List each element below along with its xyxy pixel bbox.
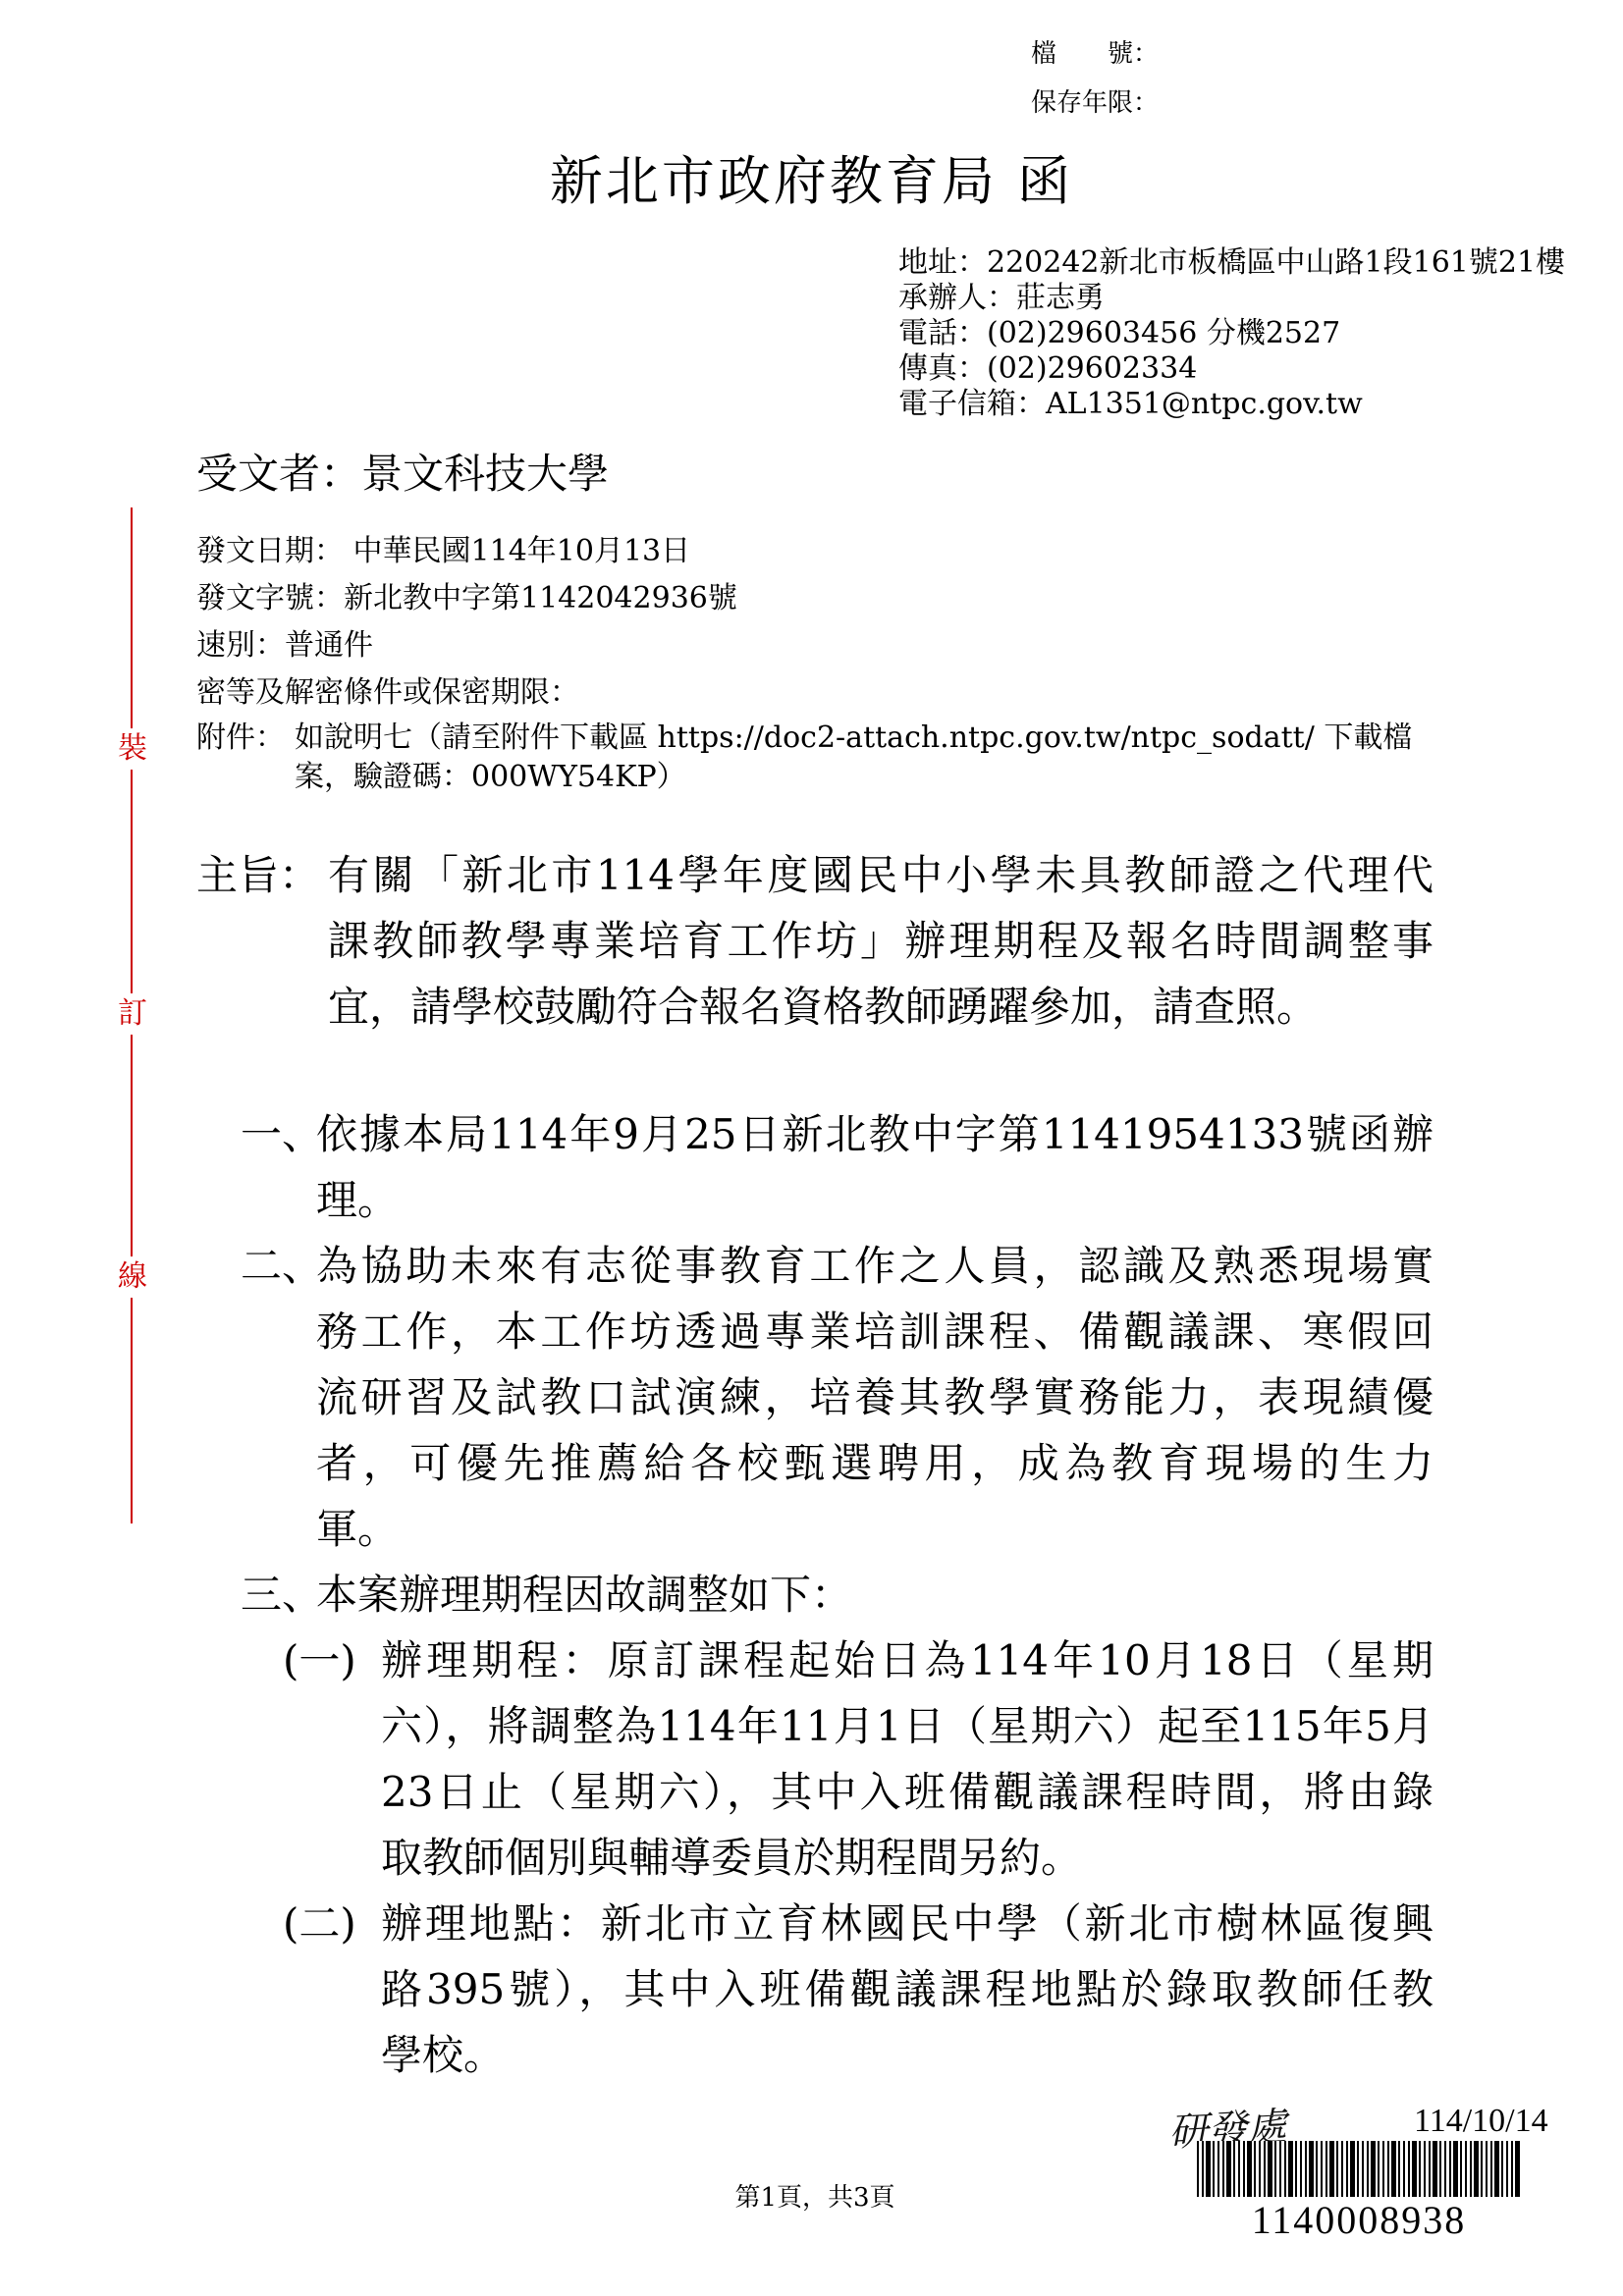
sender-address: 地址：220242新北市板橋區中山路1段161號21樓: [898, 245, 1565, 281]
item-marker: (一): [283, 1628, 356, 1693]
page-footer: 第1頁，共3頁: [628, 2177, 1001, 2214]
item-line: 辦理地點：新北市立育林國民中學（新北市樹林區復興: [381, 1891, 1434, 1956]
doc-number: 發文字號：新北教中字第1142042936號: [196, 575, 737, 622]
attachment-block: 附件： 如說明七（請至附件下載區 https://doc2-attach.ntp…: [196, 719, 1434, 797]
body-item-3: 三、 本案辦理期程因故調整如下：: [241, 1562, 1434, 1628]
binding-char-xian: 線: [117, 1256, 148, 1298]
barcode-number: 1140008938: [1197, 2197, 1521, 2243]
subject-line: 宜，請學校鼓勵符合報名資格教師踴躍參加，請查照。: [328, 974, 1434, 1040]
binding-char-ding: 訂: [117, 993, 148, 1035]
attachment-line: 如說明七（請至附件下載區 https://doc2-attach.ntpc.go…: [295, 719, 1434, 758]
document-body: 一、 依據本局114年9月25日新北教中字第1141954133號函辦 理。 二…: [241, 1101, 1434, 2088]
item-line: 理。: [316, 1167, 1434, 1233]
item-line: 者，可優先推薦給各校甄選聘用，成為教育現場的生力: [316, 1430, 1434, 1496]
item-line: 依據本局114年9月25日新北教中字第1141954133號函辦: [316, 1101, 1434, 1167]
sender-info: 地址：220242新北市板橋區中山路1段161號21樓 承辦人：莊志勇 電話：(…: [898, 245, 1565, 422]
item-marker: 一、: [241, 1101, 323, 1167]
issue-date: 發文日期： 中華民國114年10月13日: [196, 528, 737, 575]
sender-email: 電子信箱：AL1351@ntpc.gov.tw: [898, 387, 1565, 422]
item-line: 辦理期程：原訂課程起始日為114年10月18日（星期: [381, 1628, 1434, 1693]
security-class: 密等及解密條件或保密期限：: [196, 669, 737, 717]
document-page: 裝 訂 線 檔 號： 保存年限： 新北市政府教育局 函 地址：220242新北市…: [0, 0, 1623, 2296]
document-meta: 發文日期： 中華民國114年10月13日 發文字號：新北教中字第11420429…: [196, 528, 737, 717]
item-line: 本案辦理期程因故調整如下：: [316, 1562, 1434, 1628]
sender-contact-person: 承辦人：莊志勇: [898, 281, 1565, 316]
item-line: 六），將調整為114年11月1日（星期六）起至115年5月: [381, 1693, 1434, 1759]
body-item-2: 二、 為協助未來有志從事教育工作之人員，認識及熟悉現場實 務工作，本工作坊透過專…: [241, 1233, 1434, 1562]
barcode: [1197, 2141, 1521, 2197]
subject-line: 有關「新北市114學年度國民中小學未具教師證之代理代: [328, 842, 1434, 908]
binding-char-zhuang: 裝: [117, 728, 148, 770]
subject-block: 主旨： 有關「新北市114學年度國民中小學未具教師證之代理代 課教師教學專業培育…: [196, 842, 1434, 1040]
body-item-3-2: (二) 辦理地點：新北市立育林國民中學（新北市樹林區復興 路395號），其中入班…: [241, 1891, 1434, 2088]
subject-label: 主旨：: [196, 842, 320, 908]
item-line: 軍。: [316, 1496, 1434, 1562]
sender-fax: 傳真：(02)29602334: [898, 351, 1565, 387]
body-item-3-1: (一) 辦理期程：原訂課程起始日為114年10月18日（星期 六），將調整為11…: [241, 1628, 1434, 1891]
archive-labels: 檔 號： 保存年限：: [1031, 29, 1159, 128]
file-number-label: 檔 號：: [1031, 29, 1159, 79]
item-marker: (二): [283, 1891, 356, 1956]
sender-phone: 電話：(02)29603456 分機2527: [898, 316, 1565, 351]
body-item-1: 一、 依據本局114年9月25日新北教中字第1141954133號函辦 理。: [241, 1101, 1434, 1233]
recipient-line: 受文者：景文科技大學: [196, 442, 609, 501]
item-line: 路395號），其中入班備觀議課程地點於錄取教師任教: [381, 1956, 1434, 2022]
stamp-date: 114/10/14: [1414, 2103, 1548, 2140]
attachment-label: 附件：: [196, 719, 285, 758]
attachment-line: 案，驗證碼：000WY54KP）: [295, 758, 1434, 797]
item-line: 務工作，本工作坊透過專業培訓課程、備觀議課、寒假回: [316, 1299, 1434, 1364]
item-line: 取教師個別與輔導委員於期程間另約。: [381, 1825, 1434, 1891]
item-line: 學校。: [381, 2022, 1434, 2088]
retention-period-label: 保存年限：: [1031, 79, 1159, 128]
item-line: 23日止（星期六），其中入班備觀議課程時間，將由錄: [381, 1759, 1434, 1825]
item-line: 為協助未來有志從事教育工作之人員，認識及熟悉現場實: [316, 1233, 1434, 1299]
subject-line: 課教師教學專業培育工作坊」辦理期程及報名時間調整事: [328, 908, 1434, 974]
speed-class: 速別：普通件: [196, 622, 737, 669]
item-marker: 二、: [241, 1233, 323, 1299]
item-marker: 三、: [241, 1562, 323, 1628]
item-line: 流研習及試教口試演練，培養其教學實務能力，表現績優: [316, 1364, 1434, 1430]
document-title: 新北市政府教育局 函: [0, 139, 1623, 215]
